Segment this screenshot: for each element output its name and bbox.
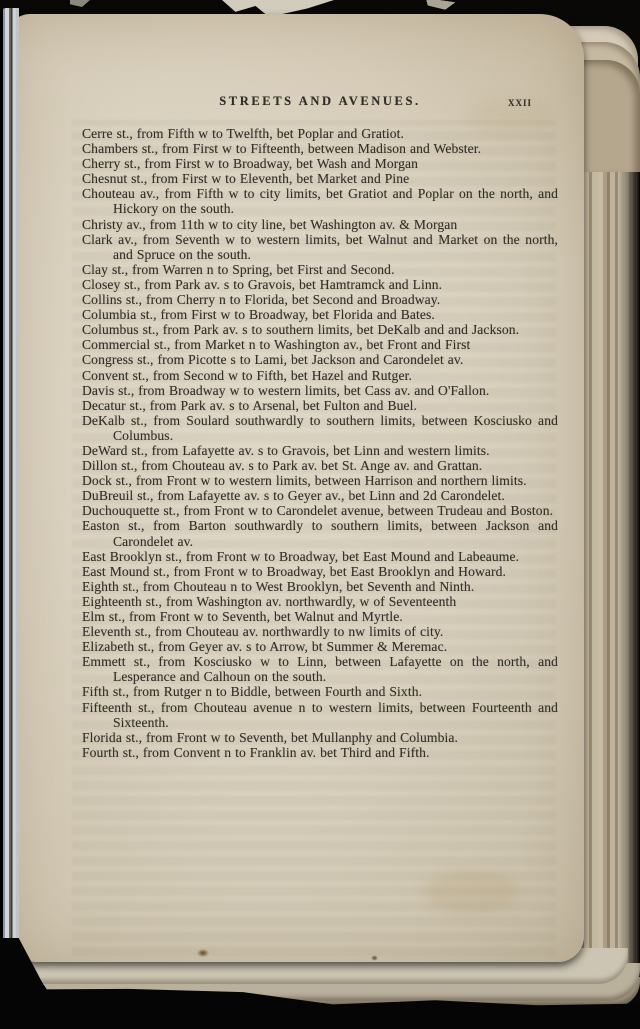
street-list: Cerre st., from Fifth w to Twelfth, bet … — [82, 126, 558, 760]
paper-debris — [70, 0, 90, 7]
street-entry: Eleventh st., from Chouteau av. northwar… — [82, 624, 558, 639]
street-entry: Elm st., from Front w to Seventh, bet Wa… — [82, 609, 558, 624]
street-entry: East Brooklyn st., from Front w to Broad… — [82, 549, 558, 564]
street-entry: Davis st., from Broadway w to western li… — [82, 383, 558, 398]
street-entry: DeWard st., from Lafayette av. s to Grav… — [82, 443, 558, 458]
paper-stain — [424, 870, 520, 914]
street-entry: Congress st., from Picotte s to Lami, be… — [82, 352, 558, 367]
street-entry: Florida st., from Front w to Seventh, be… — [82, 730, 558, 745]
street-entry: DeKalb st., from Soulard southwardly to … — [82, 413, 558, 443]
street-entry: East Mound st., from Front w to Broadway… — [82, 564, 558, 579]
paper-stain — [372, 956, 377, 960]
street-entry: Chouteau av., from Fifth w to city limit… — [82, 186, 558, 216]
street-entry: Columbus st., from Park av. s to souther… — [82, 322, 558, 337]
street-entry: Eighteenth st., from Washington av. nort… — [82, 594, 558, 609]
book-gutter-edge — [0, 8, 19, 1004]
street-entry: Christy av., from 11th w to city line, b… — [82, 217, 558, 232]
paper-debris — [425, 0, 456, 11]
street-entry: Fifteenth st., from Chouteau avenue n to… — [82, 700, 558, 730]
street-entry: Columbia st., from First w to Broadway, … — [82, 307, 558, 322]
street-entry: Fifth st., from Rutger n to Biddle, betw… — [82, 684, 558, 699]
book-page: STREETS AND AVENUES. xxii Cerre st., fro… — [8, 14, 584, 962]
paper-stain — [197, 949, 209, 957]
street-entry: Dock st., from Front w to western limits… — [82, 473, 558, 488]
street-entry: Cherry st., from First w to Broadway, be… — [82, 156, 558, 171]
street-entry: Decatur st., from Park av. s to Arsenal,… — [82, 398, 558, 413]
street-entry: Eighth st., from Chouteau n to West Broo… — [82, 579, 558, 594]
street-entry: Easton st., from Barton southwardly to s… — [82, 518, 558, 548]
street-entry: Emmett st., from Kosciusko w to Linn, be… — [82, 654, 558, 684]
street-entry: Duchouquette st., from Front w to Carond… — [82, 503, 558, 518]
street-entry: Chambers st., from First w to Fifteenth,… — [82, 141, 558, 156]
street-entry: Collins st., from Cherry n to Florida, b… — [82, 292, 558, 307]
street-entry: Convent st., from Second w to Fifth, bet… — [82, 368, 558, 383]
page-content: STREETS AND AVENUES. xxii Cerre st., fro… — [82, 94, 558, 760]
street-entry: Clark av., from Seventh w to western lim… — [82, 232, 558, 262]
street-entry: DuBreuil st., from Lafayette av. s to Ge… — [82, 488, 558, 503]
street-entry: Fourth st., from Convent n to Franklin a… — [82, 745, 558, 760]
street-entry: Dillon st., from Chouteau av. s to Park … — [82, 458, 558, 473]
book-scan: STREETS AND AVENUES. xxii Cerre st., fro… — [0, 0, 640, 1029]
street-entry: Commercial st., from Market n to Washing… — [82, 337, 558, 352]
paper-stain — [468, 98, 554, 132]
street-entry: Elizabeth st., from Geyer av. s to Arrow… — [82, 639, 558, 654]
street-entry: Clay st., from Warren n to Spring, bet F… — [82, 262, 558, 277]
street-entry: Chesnut st., from First w to Eleventh, b… — [82, 171, 558, 186]
street-entry: Closey st., from Park av. s to Gravois, … — [82, 277, 558, 292]
